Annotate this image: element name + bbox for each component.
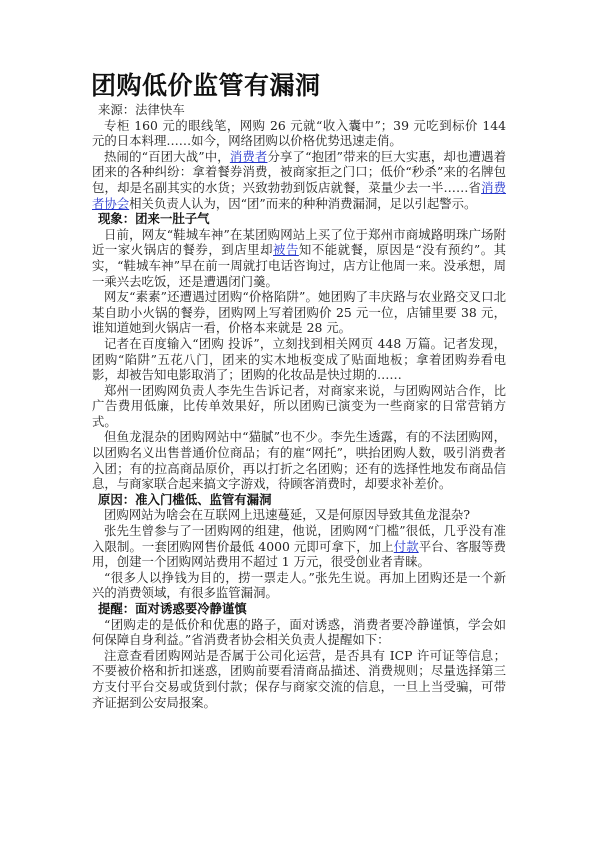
paragraph-12: 注意查看团购网站是否属于公司化运营，是否具有 ICP 许可证等信息；不要被价格和… [92,648,506,710]
paragraph-6: 郑州一团购网负责人李先生告诉记者，对商家来说，与团购网站合作，比广告费用低廉，比… [92,383,506,430]
section-heading-reminder: 提醒：面对诱惑要冷静谨慎 [92,601,506,617]
link-payment[interactable]: 付款 [394,539,419,554]
link-defendant[interactable]: 被告 [273,242,299,257]
document-page: 团购低价监管有漏洞 来源：法律快车 专柜 160 元的眼线笔，网购 26 元就“… [92,70,506,710]
paragraph-8: 团购网站为啥会在互联网上迅速蔓延，又是何原因导致其鱼龙混杂? [92,507,506,523]
paragraph-2: 热闹的“百团大战”中，消费者分享了“抱团”带来的巨大实惠，却也遭遇着团来的各种纠… [92,149,506,211]
section-heading-cause: 原因：准入门槛低、监管有漏洞 [92,492,506,508]
paragraph-4: 网友“素素”还遭遇过团购“价格陷阱”。她团购了丰庆路与农业路交叉口北某自助小火锅… [92,289,506,336]
paragraph-9: 张先生曾参与了一团购网的组建，他说，团购网“门槛”很低，几乎没有准入限制。一套团… [92,523,506,570]
paragraph-5: 记者在百度输入“团购 投诉”，立刻找到相关网页 448 万篇。记者发现，团购“陷… [92,336,506,383]
paragraph-7: 但鱼龙混杂的团购网站中“猫腻”也不少。李先生透露，有的不法团购网，以团购名义出售… [92,429,506,491]
paragraph-intro: 专柜 160 元的眼线笔，网购 26 元就“收入囊中”；39 元吃到标价 144… [92,118,506,149]
paragraph-3: 日前，网友“鞋城车神”在某团购网站上买了位于郑州市商城路明珠广场附近一家火锅店的… [92,227,506,289]
article-title: 团购低价监管有漏洞 [91,70,506,102]
text-span: 热闹的“百团大战”中， [104,149,230,164]
section-heading-phenomenon: 现象：团来一肚子气 [92,211,506,227]
link-consumer[interactable]: 消费者 [230,149,268,164]
text-span: 相关负责人认为，因“团”而来的种种消费漏洞，足以引起警示。 [129,196,476,211]
paragraph-11: “团购走的是低价和优惠的路子，面对诱惑，消费者要冷静谨慎，学会如何保障自身利益。… [92,617,506,648]
paragraph-10: “很多人以挣钱为目的，捞一票走人。”张先生说。再加上团购还是一个新兴的消费领域，… [92,570,506,601]
article-source: 来源：法律快车 [92,102,506,118]
